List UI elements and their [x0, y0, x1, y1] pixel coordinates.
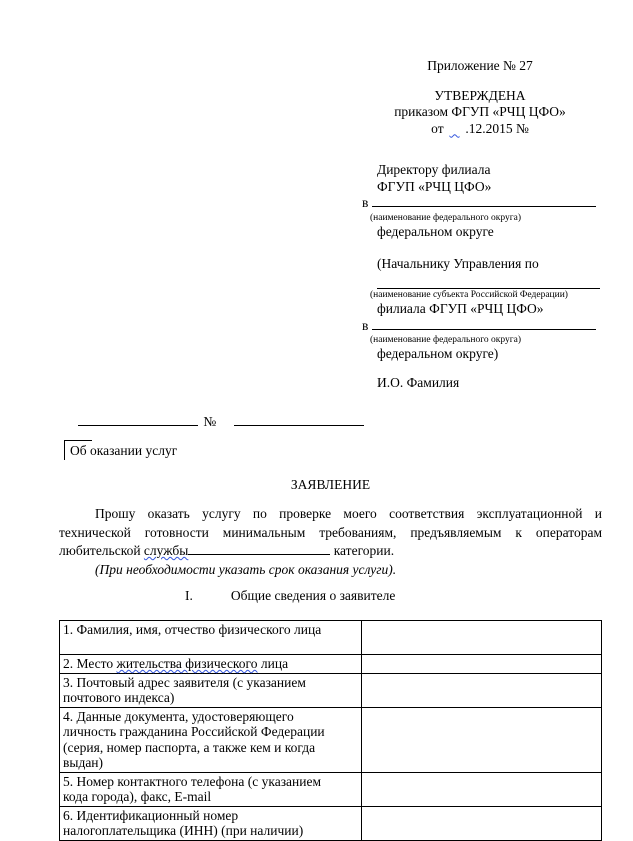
- region-blank-field[interactable]: [377, 273, 600, 290]
- table-label-cell: 4. Данные документа, удостоверяющего лич…: [60, 707, 362, 772]
- outgoing-date-blank-field[interactable]: [78, 412, 198, 426]
- addressee-line: федеральном округе): [362, 346, 600, 363]
- category-blank-field[interactable]: [188, 554, 330, 555]
- table-row: 6. Идентификационный номер налогоплатель…: [60, 806, 602, 840]
- table-value-cell[interactable]: [362, 772, 602, 806]
- table-label-cell: 5. Номер контактного телефона (с указани…: [60, 772, 362, 806]
- corner-mark: [64, 440, 92, 460]
- body-tail-text: категории.: [330, 543, 394, 558]
- addressee-line: Директору филиала: [362, 162, 600, 179]
- approved-label: УТВЕРЖДЕНА: [330, 88, 630, 105]
- addressee-line: федеральном округе: [362, 224, 600, 241]
- table-row: 5. Номер контактного телефона (с указани…: [60, 772, 602, 806]
- document-page: Приложение № 27 УТВЕРЖДЕНА приказом ФГУП…: [0, 0, 633, 841]
- table-row: 2. Место жительства физического лица: [60, 655, 602, 674]
- date-prefix: от: [431, 121, 443, 136]
- addressee-line: ФГУП «РЧЦ ЦФО»: [362, 179, 600, 196]
- table-value-cell[interactable]: [362, 673, 602, 707]
- application-body-block: Прошу оказать услугу по проверке моего с…: [59, 505, 602, 579]
- blank-caption: (наименование федерального округа): [362, 334, 600, 346]
- federal-district-blank-line: в: [362, 318, 600, 335]
- section-heading: I.Общие сведения о заявителе: [59, 588, 602, 604]
- table-value-cell[interactable]: [362, 707, 602, 772]
- spacer: [362, 363, 600, 375]
- number-sign: №: [203, 414, 216, 429]
- blank-prefix: в: [362, 318, 368, 333]
- approved-by-label: приказом ФГУП «РЧЦ ЦФО»: [330, 104, 630, 121]
- table-label-cell: 2. Место жительства физического лица: [60, 655, 362, 674]
- table-label-cell: 3. Почтовый адрес заявителя (с указанием…: [60, 673, 362, 707]
- appendix-label: Приложение № 27: [330, 58, 630, 75]
- blank-caption: (наименование субъекта Российской Федера…: [362, 289, 600, 301]
- document-title: ЗАЯВЛЕНИЕ: [59, 477, 602, 493]
- section-title: Общие сведения о заявителе: [231, 588, 395, 604]
- addressee-block: Директору филиала ФГУП «РЧЦ ЦФО» в (наим…: [362, 162, 600, 391]
- signer-name: И.О. Фамилия: [362, 375, 600, 392]
- table-value-cell[interactable]: [362, 806, 602, 840]
- table-row: 3. Почтовый адрес заявителя (с указанием…: [60, 673, 602, 707]
- table-row: 4. Данные документа, удостоверяющего лич…: [60, 707, 602, 772]
- blank-prefix: в: [362, 195, 368, 210]
- approval-block: Приложение № 27 УТВЕРЖДЕНА приказом ФГУП…: [330, 58, 630, 137]
- blank-caption: (наименование федерального округа): [362, 212, 600, 224]
- addressee-line: филиала ФГУП «РЧЦ ЦФО»: [362, 301, 600, 318]
- label-post-text: лица: [258, 656, 289, 671]
- application-body-paragraph: Прошу оказать услугу по проверке моего с…: [59, 505, 602, 561]
- federal-district-blank-field[interactable]: [372, 206, 596, 207]
- addressee-line: (Начальнику Управления по: [362, 256, 600, 273]
- approval-date-line: от .12.2015 №: [330, 121, 630, 138]
- federal-district-blank-line: в: [362, 195, 600, 212]
- spacer: [362, 240, 600, 256]
- label-wavy-text: жительства физического: [117, 656, 258, 671]
- spacer: [330, 75, 630, 88]
- date-day-blank[interactable]: [448, 121, 461, 138]
- section-number: I.: [185, 588, 193, 604]
- application-note: (При необходимости указать срок оказания…: [59, 561, 602, 580]
- table-label-cell: 1. Фамилия, имя, отчество физического ли…: [60, 621, 362, 655]
- reference-line: №: [78, 412, 364, 430]
- table-row: 1. Фамилия, имя, отчество физического ли…: [60, 621, 602, 655]
- table-value-cell[interactable]: [362, 621, 602, 655]
- table-value-cell[interactable]: [362, 655, 602, 674]
- applicant-info-table: 1. Фамилия, имя, отчество физического ли…: [59, 620, 602, 841]
- outgoing-number-blank-field[interactable]: [234, 412, 364, 426]
- federal-district-blank-field-2[interactable]: [372, 329, 596, 330]
- label-pre-text: 2. Место: [63, 656, 117, 671]
- date-suffix: .12.2015 №: [465, 121, 529, 136]
- body-wavy-text: службы: [144, 543, 188, 558]
- subject-line: Об оказании услуг: [70, 443, 177, 459]
- table-label-cell: 6. Идентификационный номер налогоплатель…: [60, 806, 362, 840]
